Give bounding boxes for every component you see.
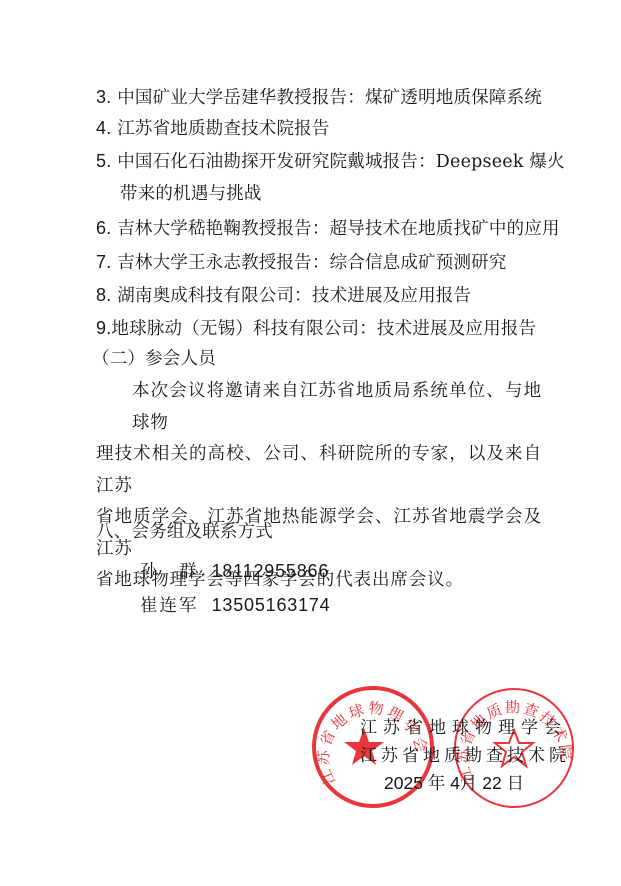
- date-month: 4: [450, 773, 460, 793]
- agenda-text: 地球脉动（无锡）科技有限公司：技术进展及应用报告: [111, 319, 536, 339]
- agenda-text: 湖南奥成科技有限公司：技术进展及应用报告: [117, 286, 471, 306]
- signature-org-geophysics-society: 江苏省地球物理学会: [360, 717, 567, 739]
- date-year: 2025: [384, 773, 423, 793]
- section-heading-participants: （二）参会人员: [92, 348, 216, 370]
- contact-phone: 18112955866: [212, 561, 330, 581]
- paragraph-line: 本次会议将邀请来自江苏省地质局系统单位、与地球物: [96, 376, 542, 439]
- agenda-item-3: 3. 中国矿业大学岳建华教授报告：煤矿透明地质保障系统: [96, 86, 542, 109]
- date-year-unit: 年: [428, 774, 446, 794]
- agenda-item-7: 7. 吉林大学王永志教授报告：综合信息成矿预测研究: [96, 251, 507, 274]
- date-month-unit: 月: [460, 774, 478, 794]
- agenda-number: 4.: [96, 118, 111, 138]
- signature-org-geological-survey-institute: 江苏省地质勘查技术院: [360, 745, 570, 767]
- signature-date: 2025 年 4月 22 日: [384, 772, 524, 795]
- agenda-item-6: 6. 吉林大学嵇艳鞠教授报告：超导技术在地质找矿中的应用: [96, 217, 560, 240]
- agenda-number: 6.: [96, 218, 111, 238]
- agenda-text: 中国矿业大学岳建华教授报告：煤矿透明地质保障系统: [117, 88, 542, 108]
- agenda-text: 江苏省地质勘查技术院报告: [117, 119, 329, 139]
- paragraph-line: 理技术相关的高校、公司、科研院所的专家，以及来自江苏: [96, 439, 542, 502]
- agenda-item-9: 9.地球脉动（无锡）科技有限公司：技术进展及应用报告: [96, 317, 536, 340]
- agenda-text: 中国石化石油勘探开发研究院戴城报告：Deepseek 爆火: [117, 152, 565, 172]
- agenda-item-8: 8. 湖南奥成科技有限公司：技术进展及应用报告: [96, 284, 471, 307]
- agenda-text: 吉林大学王永志教授报告：综合信息成矿预测研究: [117, 253, 506, 273]
- agenda-item-5-continuation: 带来的机遇与挑战: [120, 183, 262, 205]
- document-page: 3. 中国矿业大学岳建华教授报告：煤矿透明地质保障系统 4. 江苏省地质勘查技术…: [0, 0, 621, 886]
- contact-row: 崔连军 13505163174: [140, 594, 331, 617]
- date-day: 22: [482, 773, 501, 793]
- contact-name: 崔连军: [140, 595, 206, 617]
- agenda-item-4: 4. 江苏省地质勘查技术院报告: [96, 117, 330, 140]
- agenda-number: 5.: [96, 151, 111, 171]
- agenda-number: 3.: [96, 87, 111, 107]
- contact-phone: 13505163174: [212, 595, 331, 615]
- agenda-number: 9.: [96, 318, 111, 338]
- agenda-item-5: 5. 中国石化石油勘探开发研究院戴城报告：Deepseek 爆火: [96, 150, 565, 173]
- agenda-number: 7.: [96, 252, 111, 272]
- section-heading-contact: 八、会务组及联系方式: [96, 521, 273, 543]
- contact-name: 孙 群: [140, 561, 206, 583]
- agenda-number: 8.: [96, 285, 111, 305]
- date-day-unit: 日: [507, 774, 525, 794]
- agenda-text: 吉林大学嵇艳鞠教授报告：超导技术在地质找矿中的应用: [117, 219, 560, 239]
- contact-row: 孙 群 18112955866: [140, 560, 329, 583]
